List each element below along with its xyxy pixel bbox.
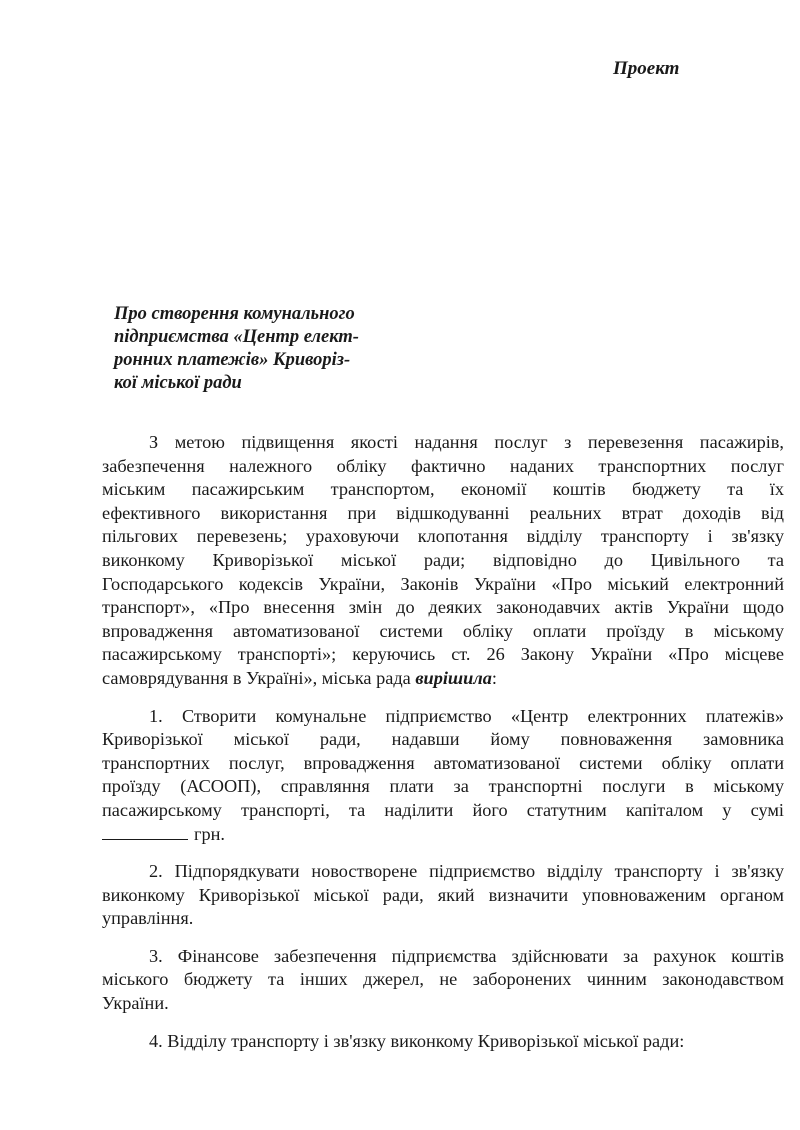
decision-word: вирішила	[415, 668, 491, 688]
title-line: підприємства «Центр елект-	[114, 326, 384, 349]
item-3: 3. Фінансове забезпечення підприємства з…	[102, 945, 784, 1016]
text-line: міським пасажирським транспортом, економ…	[102, 478, 784, 502]
text-line: З метою підвищення якості надання послуг…	[102, 431, 784, 455]
document-page: Проект Про створення комунального підпри…	[0, 0, 800, 1130]
title-line: Про створення комунального	[114, 303, 384, 326]
text-line: 3. Фінансове забезпечення підприємства з…	[102, 945, 784, 969]
text-line: виконкому Криворізької міської ради, яки…	[102, 884, 784, 908]
item-2: 2. Підпорядкувати новостворене підприємс…	[102, 860, 784, 931]
item-1: 1. Створити комунальне підприємство «Цен…	[102, 705, 784, 847]
text-line: управління.	[102, 907, 784, 931]
text-line: Криворізької міської ради, надавши йому …	[102, 728, 784, 752]
text-line: пасажирському транспорті, та наділити йо…	[102, 799, 784, 823]
item-4: 4. Відділу транспорту і зв'язку виконком…	[102, 1030, 784, 1054]
text-line: 4. Відділу транспорту і зв'язку виконком…	[102, 1030, 784, 1054]
preamble-paragraph: З метою підвищення якості надання послуг…	[102, 431, 784, 691]
text-line: транспортних послуг, впровадження автома…	[102, 752, 784, 776]
text-line: ефективного використання при відшкодуван…	[102, 502, 784, 526]
title-line: кої міської ради	[114, 372, 384, 395]
text-line: 1. Створити комунальне підприємство «Цен…	[102, 705, 784, 729]
text-line: пасажирському транспорті»; керуючись ст.…	[102, 643, 784, 667]
preamble-closing-text: самоврядування в Україні», міська рада	[102, 668, 415, 688]
document-title: Про створення комунального підприємства …	[114, 303, 384, 395]
text-line: забезпечення належного обліку фактично н…	[102, 455, 784, 479]
text-line: пільгових перевезень; ураховуючи клопота…	[102, 525, 784, 549]
colon: :	[492, 668, 497, 688]
text-line: міського бюджету та інших джерел, не заб…	[102, 968, 784, 992]
text-line: самоврядування в Україні», міська рада в…	[102, 667, 784, 691]
text-line: 2. Підпорядкувати новостворене підприємс…	[102, 860, 784, 884]
currency-label: грн.	[194, 824, 225, 844]
text-line: виконкому Криворізької міської ради; від…	[102, 549, 784, 573]
amount-blank-field	[102, 823, 188, 840]
text-line: України.	[102, 992, 784, 1016]
text-line: транспорт», «Про внесення змін до деяких…	[102, 596, 784, 620]
text-line: впровадження автоматизованої системи обл…	[102, 620, 784, 644]
text-line: грн.	[102, 823, 784, 847]
document-body: З метою підвищення якості надання послуг…	[102, 431, 784, 1067]
text-line: Господарського кодексів України, Законів…	[102, 573, 784, 597]
title-line: ронних платежів» Криворіз-	[114, 349, 384, 372]
draft-status-label: Проект	[613, 58, 679, 80]
text-line: проїзду (АСООП), справляння плати за тра…	[102, 775, 784, 799]
